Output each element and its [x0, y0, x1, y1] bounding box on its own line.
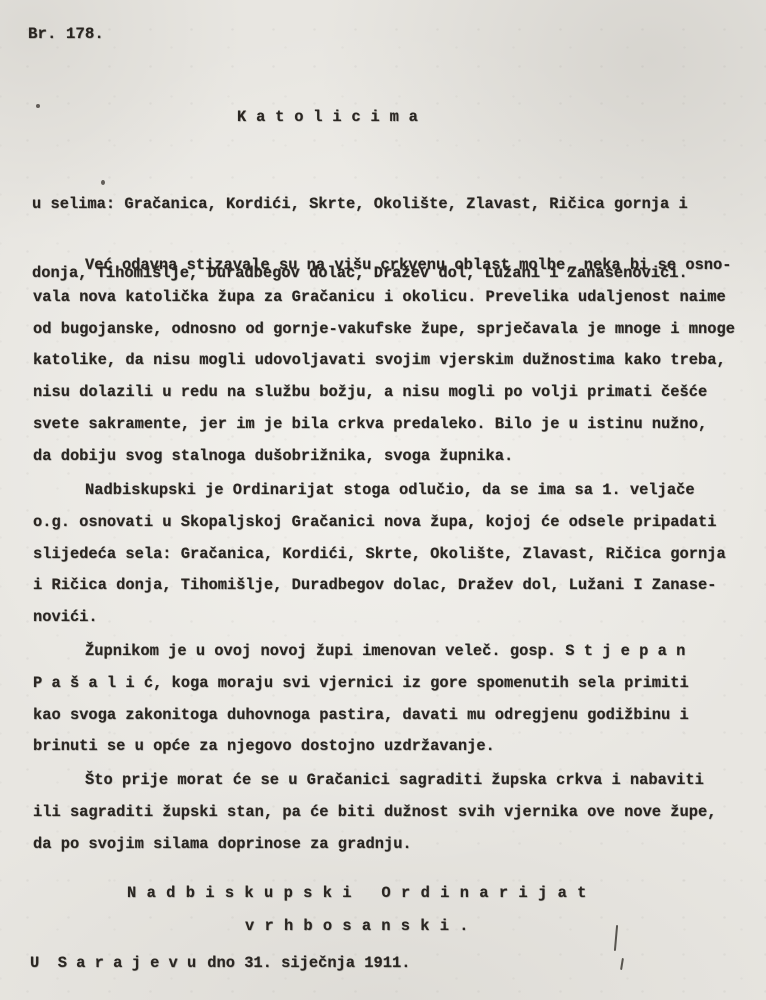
text-line: katolike, da nisu mogli udovoljavati svo… — [33, 345, 735, 377]
text-line: Župnikom je u ovoj novoj župi imenovan v… — [33, 636, 689, 668]
text-line: kao svoga zakonitoga duhovnoga pastira, … — [33, 700, 689, 732]
text-line: od bugojanske, odnosno od gornje-vakufsk… — [33, 314, 735, 346]
ink-speck — [101, 180, 105, 185]
text-line: brinuti se u opće za njegovo dostojno uz… — [33, 731, 689, 763]
text-line: Već odavna stizavale su na višu crkvenu … — [33, 250, 735, 282]
dateline: U S a r a j e v udno 31. siječnja 1911. — [30, 953, 410, 973]
ink-speck — [36, 104, 40, 108]
signature-line-archdiocese: v r h b o s a n s k i . — [245, 916, 469, 936]
text-line: Što prije morat će se u Gračanici sagrad… — [33, 765, 716, 797]
text-line: novići. — [33, 602, 726, 634]
dateline-place: U S a r a j e v u — [30, 954, 196, 972]
text-line: svete sakramente, jer im je bila crkva p… — [33, 409, 735, 441]
paragraph-3: Župnikom je u ovoj novoj župi imenovan v… — [33, 636, 689, 763]
dateline-date: dno 31. siječnja 1911. — [207, 954, 410, 972]
document-title: K a t o l i c i m a — [237, 107, 418, 127]
text-line: o.g. osnovati u Skopaljskoj Gračanici no… — [33, 507, 726, 539]
text-line: Nadbiskupski je Ordinarijat stoga odluči… — [33, 475, 726, 507]
signature-line-institution: N a d b i s k u p s k i O r d i n a r i … — [127, 883, 587, 903]
text-line: slijedeća sela: Gračanica, Kordići, Skrt… — [33, 539, 726, 571]
paragraph-1: Već odavna stizavale su na višu crkvenu … — [33, 250, 735, 473]
document-number: Br. 178. — [28, 24, 104, 44]
scanned-document-page: Br. 178. K a t o l i c i m a u selima: G… — [0, 0, 766, 1000]
text-line: vala nova katolička župa za Gračanicu i … — [33, 282, 735, 314]
text-line: da dobiju svog stalnoga dušobrižnika, sv… — [33, 441, 735, 473]
ink-stroke-mark — [620, 958, 624, 970]
text-line: i Ričica donja, Tihomišlje, Duradbegov d… — [33, 570, 726, 602]
text-line: ili sagraditi župski stan, pa će biti du… — [33, 797, 716, 829]
paragraph-4: Što prije morat će se u Gračanici sagrad… — [33, 765, 716, 860]
ink-stroke-mark — [614, 925, 618, 951]
paragraph-2: Nadbiskupski je Ordinarijat stoga odluči… — [33, 475, 726, 634]
text-line: nisu dolazili u redu na službu božju, a … — [33, 377, 735, 409]
text-line: P a š a l i ć, koga moraju svi vjernici … — [33, 668, 689, 700]
text-line: da po svojim silama doprinose za gradnju… — [33, 829, 716, 861]
address-line: u selima: Gračanica, Kordići, Skrte, Oko… — [32, 188, 688, 221]
